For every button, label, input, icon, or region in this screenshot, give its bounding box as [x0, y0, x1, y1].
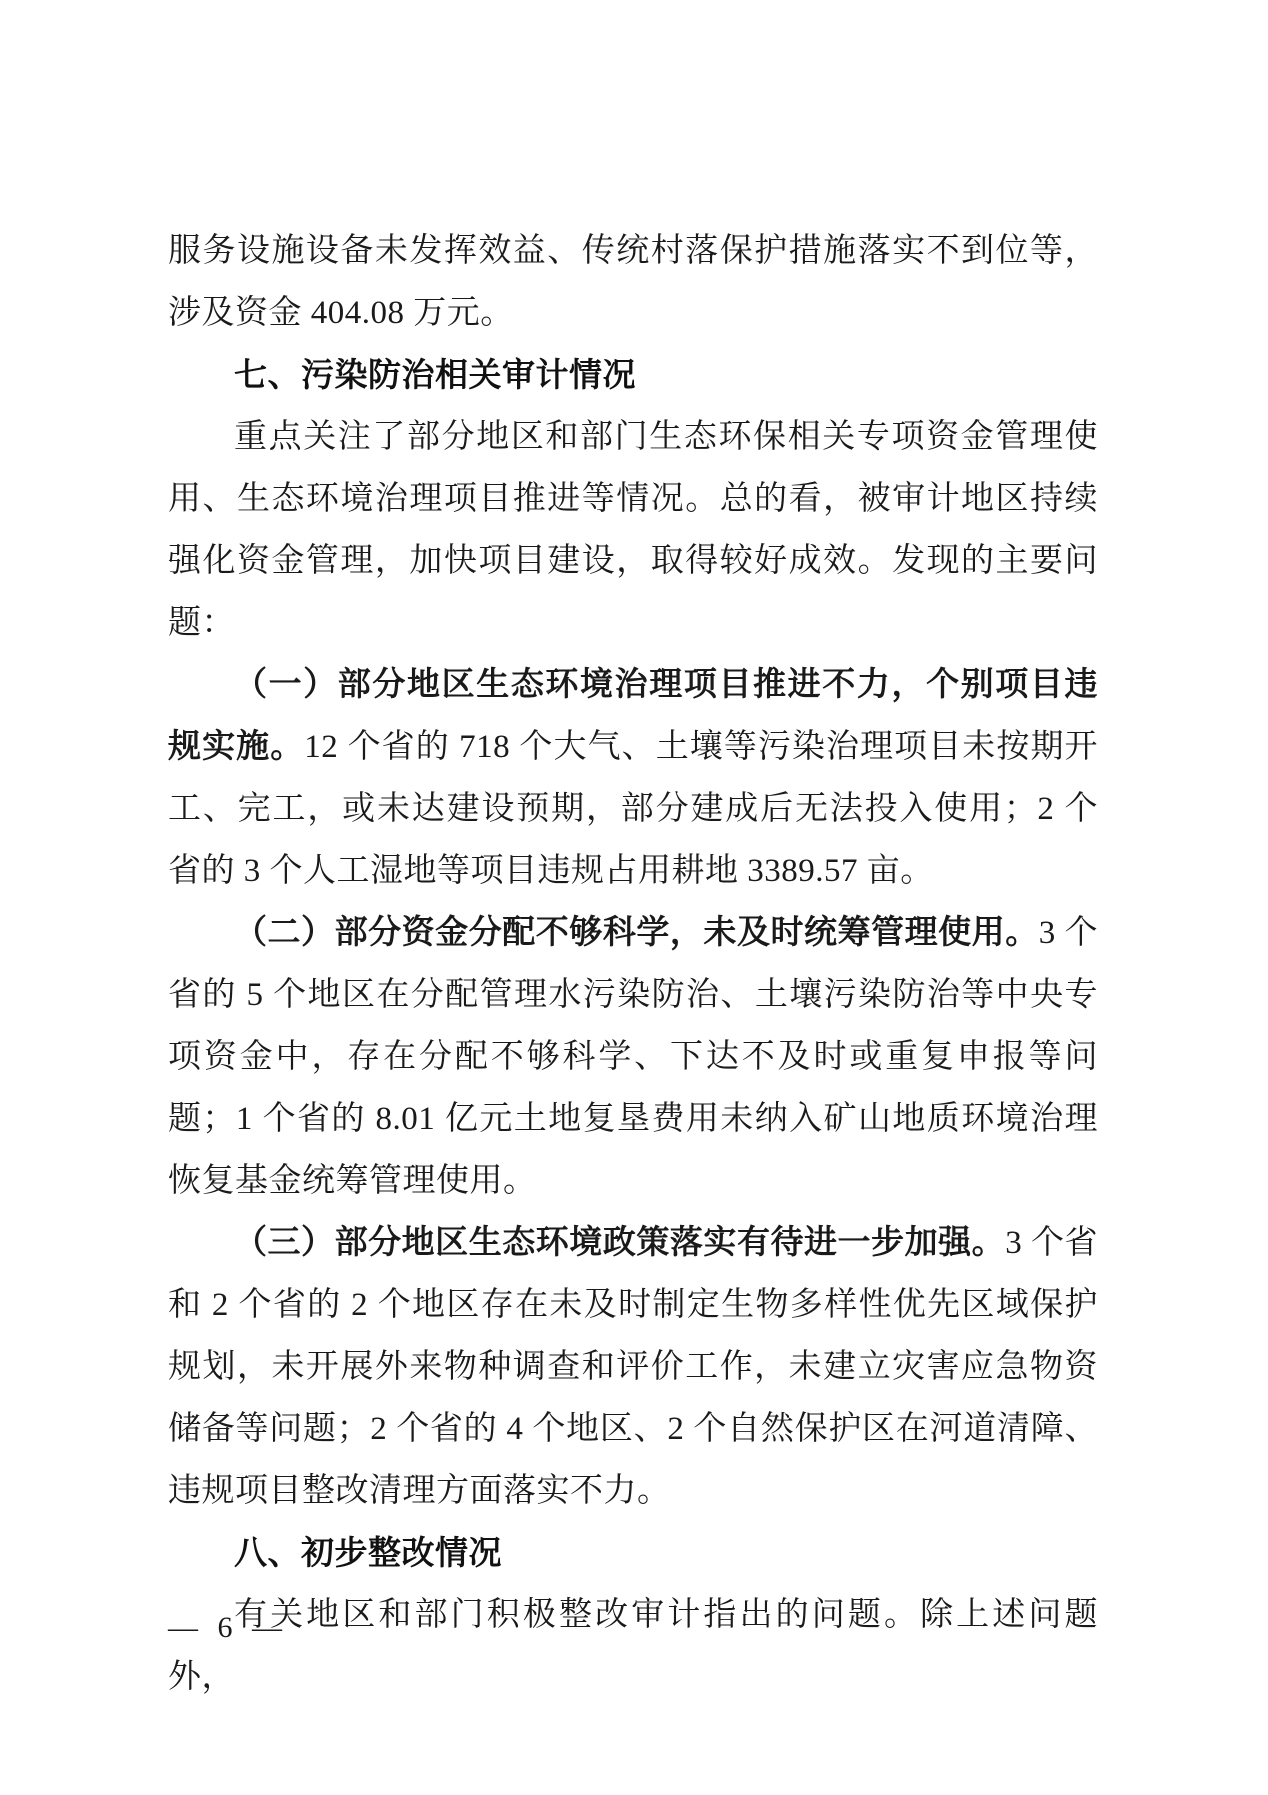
page-footer: — 6 — [168, 1610, 288, 1646]
paragraph-item-1: （一）部分地区生态环境治理项目推进不力，个别项目违规实施。12 个省的 718 … [168, 654, 1098, 902]
paragraph-rectification: 有关地区和部门积极整改审计指出的问题。除上述问题外， [168, 1584, 1098, 1708]
page-number: — 6 — [168, 1611, 288, 1644]
section-heading-eight: 八、初步整改情况 [168, 1522, 1098, 1584]
document-body: 服务设施设备未发挥效益、传统村落保护措施落实不到位等，涉及资金 404.08 万… [168, 220, 1098, 1708]
paragraph-item-2: （二）部分资金分配不够科学，未及时统筹管理使用。3 个省的 5 个地区在分配管理… [168, 902, 1098, 1212]
item-2-text: 3 个省的 5 个地区在分配管理水污染防治、土壤污染防治等中央专项资金中，存在分… [168, 915, 1098, 1199]
item-3-text: 3 个省和 2 个省的 2 个地区存在未及时制定生物多样性优先区域保护规划，未开… [168, 1225, 1098, 1509]
section-heading-seven: 七、污染防治相关审计情况 [168, 344, 1098, 406]
paragraph-item-3: （三）部分地区生态环境政策落实有待进一步加强。3 个省和 2 个省的 2 个地区… [168, 1212, 1098, 1522]
item-1-text: 12 个省的 718 个大气、土壤等污染治理项目未按期开工、完工，或未达建设预期… [168, 729, 1098, 889]
paragraph-continuation: 服务设施设备未发挥效益、传统村落保护措施落实不到位等，涉及资金 404.08 万… [168, 220, 1098, 344]
item-2-lead: （二）部分资金分配不够科学，未及时统筹管理使用。 [234, 915, 1039, 951]
document-page: 服务设施设备未发挥效益、传统村落保护措施落实不到位等，涉及资金 404.08 万… [0, 0, 1268, 1795]
item-3-lead: （三）部分地区生态环境政策落实有待进一步加强。 [234, 1225, 1005, 1261]
paragraph-overview: 重点关注了部分地区和部门生态环保相关专项资金管理使用、生态环境治理项目推进等情况… [168, 406, 1098, 654]
